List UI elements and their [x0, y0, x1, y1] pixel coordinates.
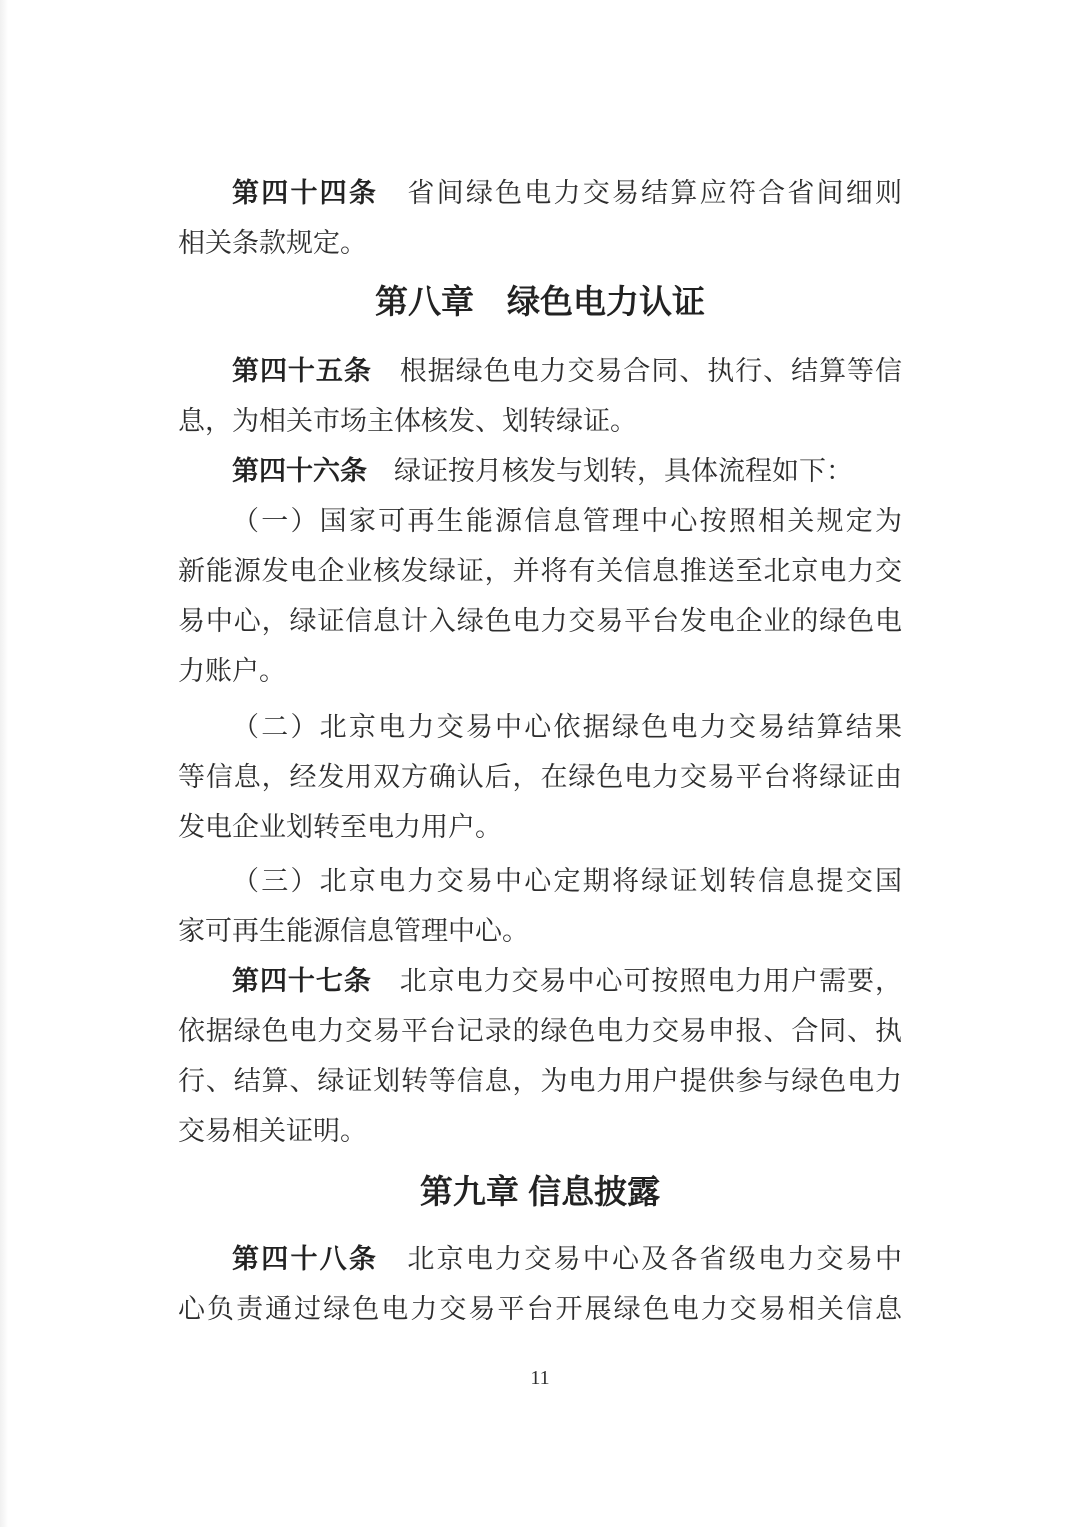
- text-line: 第四十四条 省间绿色电力交易结算应符合省间细则: [178, 168, 902, 218]
- document-body: 第四十四条 省间绿色电力交易结算应符合省间细则 相关条款规定。 第八章 绿色电力…: [178, 168, 902, 1334]
- text-line: 行、结算、绿证划转等信息，为电力用户提供参与绿色电力: [178, 1056, 902, 1106]
- text-line: 等信息，经发用双方确认后，在绿色电力交易平台将绿证由: [178, 752, 902, 802]
- article-44-number: 第四十四条: [232, 178, 378, 208]
- article-47-number: 第四十七条: [232, 966, 372, 996]
- text-line: 家可再生能源信息管理中心。: [178, 906, 902, 956]
- article-48-number: 第四十八条: [232, 1244, 378, 1274]
- article-48: 第四十八条 北京电力交易中心及各省级电力交易中 心负责通过绿色电力交易平台开展绿…: [178, 1234, 902, 1334]
- text-line: （三）北京电力交易中心定期将绿证划转信息提交国: [178, 856, 902, 906]
- article-45-text: 根据绿色电力交易合同、执行、结算等信: [372, 356, 902, 386]
- article-44: 第四十四条 省间绿色电力交易结算应符合省间细则 相关条款规定。: [178, 168, 902, 268]
- article-46-text: 绿证按月核发与划转，具体流程如下：: [367, 456, 853, 486]
- text-line: 交易相关证明。: [178, 1106, 902, 1156]
- text-line: 息，为相关市场主体核发、划转绿证。: [178, 396, 902, 446]
- article-47: 第四十七条 北京电力交易中心可按照电力用户需要， 依据绿色电力交易平台记录的绿色…: [178, 956, 902, 1156]
- text-line: 力账户。: [178, 646, 902, 696]
- article-46-number: 第四十六条: [232, 456, 367, 486]
- document-page: 第四十四条 省间绿色电力交易结算应符合省间细则 相关条款规定。 第八章 绿色电力…: [0, 0, 1080, 1527]
- text-line: 第四十五条 根据绿色电力交易合同、执行、结算等信: [178, 346, 902, 396]
- article-46: 第四十六条 绿证按月核发与划转，具体流程如下：: [178, 446, 902, 496]
- list-item-1: （一）国家可再生能源信息管理中心按照相关规定为 新能源发电企业核发绿证，并将有关…: [178, 496, 902, 696]
- text-line: 相关条款规定。: [178, 218, 902, 268]
- article-44-text: 省间绿色电力交易结算应符合省间细则: [378, 178, 902, 208]
- chapter-9-heading: 第九章 信息披露: [178, 1166, 902, 1218]
- text-line: 第四十六条 绿证按月核发与划转，具体流程如下：: [178, 446, 902, 496]
- page-number: 11: [0, 1364, 1080, 1392]
- chapter-8-heading: 第八章 绿色电力认证: [178, 276, 902, 328]
- text-line: 依据绿色电力交易平台记录的绿色电力交易申报、合同、执: [178, 1006, 902, 1056]
- article-48-text: 北京电力交易中心及各省级电力交易中: [378, 1244, 902, 1274]
- article-45: 第四十五条 根据绿色电力交易合同、执行、结算等信 息，为相关市场主体核发、划转绿…: [178, 346, 902, 446]
- text-line: （一）国家可再生能源信息管理中心按照相关规定为: [178, 496, 902, 546]
- text-line: 易中心，绿证信息计入绿色电力交易平台发电企业的绿色电: [178, 596, 902, 646]
- list-item-3: （三）北京电力交易中心定期将绿证划转信息提交国 家可再生能源信息管理中心。: [178, 856, 902, 956]
- text-line: （二）北京电力交易中心依据绿色电力交易结算结果: [178, 702, 902, 752]
- text-line: 发电企业划转至电力用户。: [178, 802, 902, 852]
- text-line: 第四十七条 北京电力交易中心可按照电力用户需要，: [178, 956, 902, 1006]
- text-line: 心负责通过绿色电力交易平台开展绿色电力交易相关信息: [178, 1284, 902, 1334]
- text-line: 新能源发电企业核发绿证，并将有关信息推送至北京电力交: [178, 546, 902, 596]
- list-item-2: （二）北京电力交易中心依据绿色电力交易结算结果 等信息，经发用双方确认后，在绿色…: [178, 702, 902, 852]
- article-47-text: 北京电力交易中心可按照电力用户需要，: [372, 966, 902, 996]
- text-line: 第四十八条 北京电力交易中心及各省级电力交易中: [178, 1234, 902, 1284]
- article-45-number: 第四十五条: [232, 356, 372, 386]
